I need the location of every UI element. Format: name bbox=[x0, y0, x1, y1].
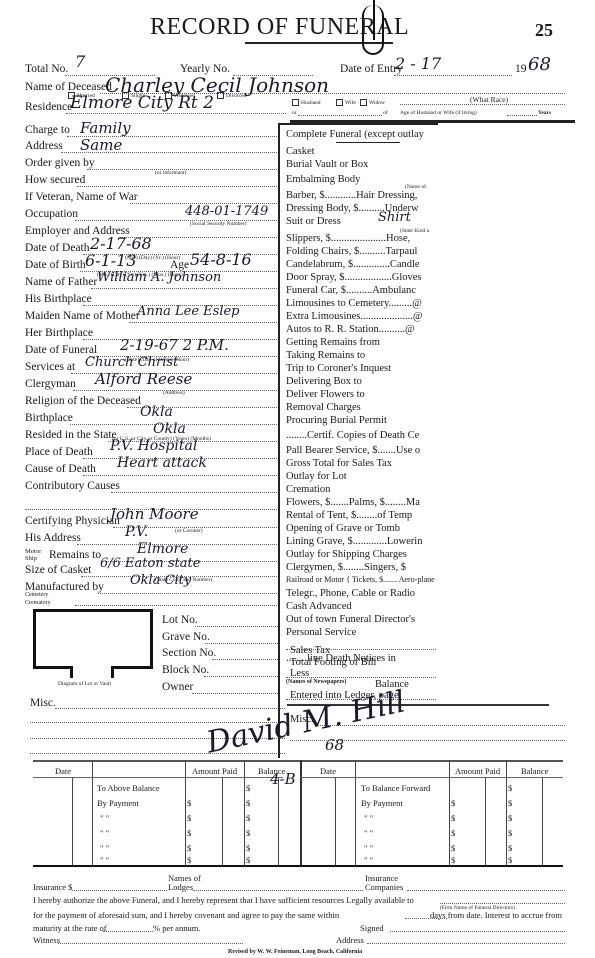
dollar-sign: $ bbox=[187, 813, 191, 823]
residence-label: Residence bbox=[25, 101, 72, 113]
services-at-label: Services at bbox=[25, 361, 75, 373]
grave-no-field[interactable] bbox=[205, 643, 278, 644]
address-label: Address bbox=[25, 140, 63, 152]
father-value[interactable]: William A. Johnson bbox=[97, 270, 221, 285]
companies-field[interactable] bbox=[407, 890, 565, 891]
dollar-sign: $ bbox=[187, 843, 191, 853]
checkbox-icon bbox=[360, 99, 367, 106]
residence-value[interactable]: Elmore City Rt 2 bbox=[70, 93, 214, 113]
age-spouse-line[interactable] bbox=[507, 115, 537, 116]
authorization-line-2: for the payment of aforesaid sum, and I … bbox=[33, 910, 339, 920]
charge-item[interactable]: Burial Vault or Box bbox=[286, 159, 368, 170]
charge-item[interactable]: Opening of Grave or Tomb bbox=[286, 523, 400, 534]
cemetery-label: Cemetery bbox=[25, 592, 48, 598]
dollar-sign: $ bbox=[508, 813, 512, 823]
ship-label: Ship bbox=[25, 555, 37, 562]
cause-of-death-value[interactable]: Heart attack bbox=[117, 455, 207, 471]
father-label: Name of Father bbox=[25, 276, 97, 288]
or-label: or bbox=[292, 110, 297, 116]
header-underline bbox=[33, 777, 283, 778]
checkbox-icon bbox=[292, 99, 299, 106]
lot-no-label: Lot No. bbox=[162, 614, 198, 626]
charge-item[interactable]: Delivering Box to bbox=[286, 376, 362, 387]
left-row-label: To Above Balance bbox=[97, 783, 160, 793]
charge-item[interactable]: Folding Chairs, $..........Tarpaul bbox=[286, 246, 417, 257]
place-of-death-label: Place of Death bbox=[25, 446, 93, 458]
payment-table-bottom bbox=[33, 865, 563, 867]
witness-label: Witness bbox=[33, 935, 60, 945]
lodges-field[interactable] bbox=[193, 890, 363, 891]
mother-label: Maiden Name of Mother bbox=[25, 310, 140, 322]
col-divider bbox=[335, 778, 336, 865]
witness-field[interactable] bbox=[58, 943, 243, 944]
insurance-field[interactable] bbox=[72, 890, 167, 891]
authorization-line-2b: days from date. Interest to accrue from bbox=[430, 910, 562, 920]
left-date-header: Date bbox=[55, 766, 71, 776]
charge-item[interactable]: Gross Total for Sales Tax bbox=[286, 458, 392, 469]
age-spouse-label: Age of Husband or Wife (if living) bbox=[400, 110, 477, 116]
charge-item[interactable]: Embalming Body bbox=[286, 174, 360, 185]
checkbox-icon bbox=[336, 99, 343, 106]
charge-item[interactable]: Funeral Car, $..........Ambulanc bbox=[286, 285, 416, 296]
authorization-line-1: I hereby authorize the above Funeral, an… bbox=[33, 895, 414, 905]
revised-credit: Revised by W. W. Feineman, Long Beach, C… bbox=[228, 949, 362, 955]
lot-diagram-edge bbox=[111, 666, 114, 678]
dollar-sign: $ bbox=[508, 783, 512, 793]
field-line bbox=[129, 322, 277, 323]
crematory-label: Crematory bbox=[25, 600, 51, 606]
place-of-death-value[interactable]: P.V. Hospital bbox=[110, 438, 197, 454]
payment-table-top bbox=[33, 760, 563, 762]
right-row-label: To Balance Forward bbox=[361, 783, 430, 793]
charge-item[interactable]: Rental of Tent, $........of Temp bbox=[286, 510, 412, 521]
charge-item[interactable]: Autos to R. R. Station..........@ bbox=[286, 324, 415, 335]
lot-diagram-box bbox=[33, 609, 153, 669]
charge-item[interactable]: Extra Limousines....................@ bbox=[286, 311, 423, 322]
col-divider bbox=[278, 778, 279, 865]
lot-diagram-label: Diagram of Lot or Vault bbox=[58, 681, 111, 687]
col-divider bbox=[244, 760, 245, 865]
his-birthplace-label: His Birthplace bbox=[25, 293, 92, 305]
charge-item[interactable]: Cremation bbox=[286, 484, 330, 495]
dollar-sign: $ bbox=[508, 828, 512, 838]
lot-diagram-edge bbox=[33, 666, 73, 669]
residence-line bbox=[66, 113, 286, 114]
dollar-sign: $ bbox=[246, 813, 250, 823]
contributory-label: Contributory Causes bbox=[25, 480, 120, 492]
lot-diagram-edge bbox=[70, 666, 73, 678]
date-of-birth-label: Date of Birth bbox=[25, 259, 86, 271]
authorization-line-3b: % per annum. bbox=[153, 923, 200, 933]
resided-label: Resided in the State bbox=[25, 429, 117, 441]
col-divider bbox=[485, 778, 486, 865]
dollar-sign: $ bbox=[246, 828, 250, 838]
age-value[interactable]: 54-8-16 bbox=[190, 250, 252, 269]
year-prefix: 19 bbox=[515, 63, 527, 75]
signature-year: 68 bbox=[325, 736, 344, 754]
total-footing-label: Total Footing of Bill bbox=[290, 657, 376, 668]
dollar-sign: $ bbox=[246, 855, 250, 865]
his-address-value[interactable]: P.V. bbox=[125, 524, 148, 540]
motor-label: Motor bbox=[25, 548, 41, 555]
manufactured-by-value[interactable]: Okla City bbox=[130, 573, 191, 588]
section-no-field[interactable] bbox=[212, 659, 278, 660]
dollar-sign: $ bbox=[246, 798, 250, 808]
misc-field-4[interactable] bbox=[30, 753, 285, 754]
right-row-label: " " bbox=[364, 813, 373, 823]
total-no-label: Total No. bbox=[25, 63, 68, 75]
dollar-sign: $ bbox=[246, 783, 250, 793]
charge-to-value[interactable]: Family bbox=[80, 119, 131, 137]
rate-field[interactable] bbox=[103, 931, 153, 932]
cause-of-death-label: Cause of Death bbox=[25, 463, 96, 475]
year-value[interactable]: 68 bbox=[528, 54, 551, 75]
charge-item[interactable]: ........Certif. Copies of Death Ce bbox=[286, 430, 419, 441]
charge-item[interactable]: Railroad or Motor { Tickets, $....... Ae… bbox=[286, 575, 435, 584]
col-divider bbox=[300, 760, 302, 865]
col-divider bbox=[185, 760, 186, 865]
birthplace-value[interactable]: Okla bbox=[140, 404, 173, 420]
birthplace-label: Birthplace bbox=[25, 412, 73, 424]
dollar-sign: $ bbox=[451, 843, 455, 853]
header-underline bbox=[300, 777, 563, 778]
complete-funeral-header: Complete Funeral (except outlay bbox=[286, 129, 424, 140]
newspapers-sub: (Names of Newspapers) bbox=[286, 679, 346, 685]
page-number: 25 bbox=[535, 20, 553, 41]
charge-item[interactable]: Barber, $............Hair Dressing, bbox=[286, 190, 417, 201]
right-row-label: " " bbox=[364, 843, 373, 853]
checkbox-widow[interactable]: Widow bbox=[360, 99, 385, 106]
charge-item[interactable]: Procuring Burial Permit bbox=[286, 415, 387, 426]
col-divider bbox=[222, 778, 223, 865]
charge-item[interactable]: Lining Grave, $.............Lowerin bbox=[286, 536, 422, 547]
charge-item[interactable]: Personal Service bbox=[286, 627, 356, 638]
charge-item[interactable]: Outlay for Shipping Charges bbox=[286, 549, 407, 560]
charge-item[interactable]: Candelabrum, $..............Candle bbox=[286, 259, 420, 270]
sales-tax-label: Sales Tax bbox=[290, 645, 330, 656]
left-amount-paid-header: Amount Paid bbox=[192, 766, 237, 776]
dollar-sign: $ bbox=[508, 855, 512, 865]
services-at-value[interactable]: Church Christ bbox=[85, 355, 178, 370]
charge-item[interactable]: Flowers, $.......Palms, $........Ma bbox=[286, 497, 420, 508]
field-line bbox=[83, 475, 277, 476]
balance-annotation: 4-B bbox=[270, 770, 296, 788]
charge-item[interactable]: Removal Charges bbox=[286, 402, 361, 413]
firm-name-field[interactable] bbox=[440, 903, 565, 904]
charge-item[interactable]: Slippers, $.....................Hose, bbox=[286, 233, 410, 244]
right-balance-header: Balance bbox=[521, 766, 548, 776]
how-secured-label: How secured bbox=[25, 174, 85, 186]
checkbox-wife[interactable]: Wife bbox=[336, 99, 356, 106]
charge-item[interactable]: Suit or Dress bbox=[286, 216, 341, 227]
order-given-by-label: Order given by bbox=[25, 157, 95, 169]
total-no-value[interactable]: 7 bbox=[75, 52, 85, 71]
contributory-field[interactable] bbox=[111, 492, 277, 493]
ssn-value[interactable]: 448-01-1749 bbox=[185, 204, 268, 219]
dollar-sign: $ bbox=[187, 798, 191, 808]
lot-diagram-edge bbox=[111, 666, 153, 669]
charge-to-label: Charge to bbox=[25, 124, 70, 136]
cemetery-field[interactable] bbox=[75, 605, 277, 606]
charge-item[interactable]: Taking Remains to bbox=[286, 350, 365, 361]
dollar-sign: $ bbox=[508, 798, 512, 808]
checkbox-husband[interactable]: Husband bbox=[292, 99, 321, 106]
less-label: Less bbox=[290, 668, 309, 679]
lot-no-field[interactable] bbox=[195, 626, 278, 627]
header-underline bbox=[336, 142, 400, 143]
charge-item[interactable]: Outlay for Lot bbox=[286, 471, 347, 482]
coroner-sub: (or Coroner) bbox=[175, 528, 203, 534]
charges-panel: Complete Funeral (except outlay Casket B… bbox=[278, 123, 438, 706]
occupation-label: Occupation bbox=[25, 208, 78, 220]
left-row-label: " " bbox=[100, 843, 109, 853]
signed-label: Signed bbox=[360, 923, 384, 933]
date-of-death-label: Date of Death bbox=[25, 242, 90, 254]
col-divider bbox=[449, 760, 450, 865]
size-of-casket-label: Size of Casket bbox=[25, 564, 91, 576]
left-row-label: " " bbox=[100, 813, 109, 823]
authorization-line-3: maturity at the rate of bbox=[33, 923, 107, 933]
col-divider bbox=[506, 760, 507, 865]
col-divider bbox=[355, 760, 356, 865]
clergyman-label: Clergyman bbox=[25, 378, 76, 390]
right-row-label: " " bbox=[364, 855, 373, 865]
spouse-line[interactable] bbox=[400, 104, 565, 105]
dollar-sign: $ bbox=[508, 843, 512, 853]
address-sub: (Address) bbox=[163, 390, 185, 396]
address-footer-field[interactable] bbox=[367, 943, 565, 944]
insurance-label: Insurance $ bbox=[33, 882, 72, 892]
owner-field[interactable] bbox=[192, 693, 278, 694]
clergyman-value[interactable]: Alford Reese bbox=[95, 370, 192, 388]
charge-item[interactable]: Cash Advanced bbox=[286, 601, 352, 612]
col-divider bbox=[92, 760, 93, 865]
her-birthplace-label: Her Birthplace bbox=[25, 327, 93, 339]
charge-item[interactable]: Deliver Flowers to bbox=[286, 389, 365, 400]
checkbox-icon bbox=[217, 92, 224, 99]
misc-field[interactable] bbox=[55, 708, 285, 709]
dollar-sign: $ bbox=[451, 855, 455, 865]
charge-item[interactable]: Door Spray, $..................Gloves bbox=[286, 272, 422, 283]
date-of-entry-value[interactable]: 2 - 17 bbox=[395, 54, 441, 73]
dollar-sign: $ bbox=[187, 828, 191, 838]
size-of-casket-value[interactable]: 6/6 Eaton state bbox=[100, 556, 200, 571]
paperclip-wire-icon bbox=[373, 0, 375, 40]
charge-item[interactable]: Telegr., Phone, Cable or Radio bbox=[286, 588, 415, 599]
dollar-sign: $ bbox=[246, 843, 250, 853]
dollar-sign: $ bbox=[451, 798, 455, 808]
right-row-label: " " bbox=[364, 828, 373, 838]
date-of-entry-line bbox=[394, 75, 512, 76]
charge-item[interactable]: Clergymen, $........Singers, $ bbox=[286, 562, 406, 573]
left-row-label: " " bbox=[100, 855, 109, 865]
veteran-label: If Veteran, Name of War bbox=[25, 191, 138, 203]
mother-value[interactable]: Anna Lee Eslep bbox=[137, 304, 240, 319]
address-footer-label: Address bbox=[336, 935, 364, 945]
dollar-sign: $ bbox=[187, 855, 191, 865]
ssn-sub: (Social Security Number) bbox=[190, 221, 247, 227]
of-label: of bbox=[383, 110, 388, 116]
date-of-funeral-value[interactable]: 2-19-67 2 P.M. bbox=[120, 336, 229, 354]
block-no-label: Block No. bbox=[162, 664, 209, 676]
or-line[interactable] bbox=[298, 115, 382, 116]
charge-item[interactable]: Out of town Funeral Director's bbox=[286, 614, 415, 625]
charge-item[interactable]: Limousines to Cemetery.........@ bbox=[286, 298, 422, 309]
section-no-label: Section No. bbox=[162, 647, 216, 659]
col-divider bbox=[72, 778, 73, 865]
grave-no-label: Grave No. bbox=[162, 631, 210, 643]
owner-label: Owner bbox=[162, 681, 193, 693]
suit-value[interactable]: Shirt bbox=[378, 210, 411, 225]
signed-field[interactable] bbox=[390, 931, 565, 932]
charge-item[interactable]: Getting Remains from bbox=[286, 337, 380, 348]
charge-item[interactable]: Casket bbox=[286, 146, 315, 157]
misc-label: Misc. bbox=[30, 697, 56, 709]
col-divider bbox=[542, 778, 543, 865]
informant-sub: (or informant) bbox=[155, 170, 186, 176]
field-line bbox=[91, 288, 277, 289]
his-address-label: His Address bbox=[25, 532, 81, 544]
years-label: Years bbox=[538, 110, 551, 116]
certifying-physician-label: Certifying Physician bbox=[25, 515, 120, 527]
religion-label: Religion of the Deceased bbox=[25, 395, 141, 407]
block-no-field[interactable] bbox=[204, 676, 278, 677]
remains-to-value[interactable]: Elmore bbox=[137, 541, 188, 557]
checkbox-divorced[interactable]: Divorced bbox=[217, 92, 246, 99]
right-row-label: By Payment bbox=[361, 798, 403, 808]
how-secured-field[interactable] bbox=[77, 186, 277, 187]
address-value[interactable]: Same bbox=[80, 136, 122, 154]
date-of-entry-label: Date of Entry bbox=[340, 63, 403, 75]
left-row-label: By Payment bbox=[97, 798, 139, 808]
date-of-birth-value[interactable]: 6-1-13 bbox=[85, 251, 137, 270]
field-line bbox=[98, 593, 277, 594]
right-amount-paid-header: Amount Paid bbox=[455, 766, 500, 776]
charge-item[interactable]: Pall Bearer Service, $.......Use o bbox=[286, 445, 420, 456]
charge-item[interactable]: Trip to Coroner's Inquest bbox=[286, 363, 391, 374]
left-row-label: " " bbox=[100, 828, 109, 838]
dollar-sign: $ bbox=[451, 828, 455, 838]
resided-value[interactable]: Okla bbox=[153, 421, 186, 437]
right-date-header: Date bbox=[320, 766, 336, 776]
remains-to-label: Remains to bbox=[49, 549, 101, 561]
dollar-sign: $ bbox=[451, 813, 455, 823]
certifying-physician-value[interactable]: John Moore bbox=[110, 505, 199, 523]
what-race-label: (What Race) bbox=[470, 95, 508, 104]
